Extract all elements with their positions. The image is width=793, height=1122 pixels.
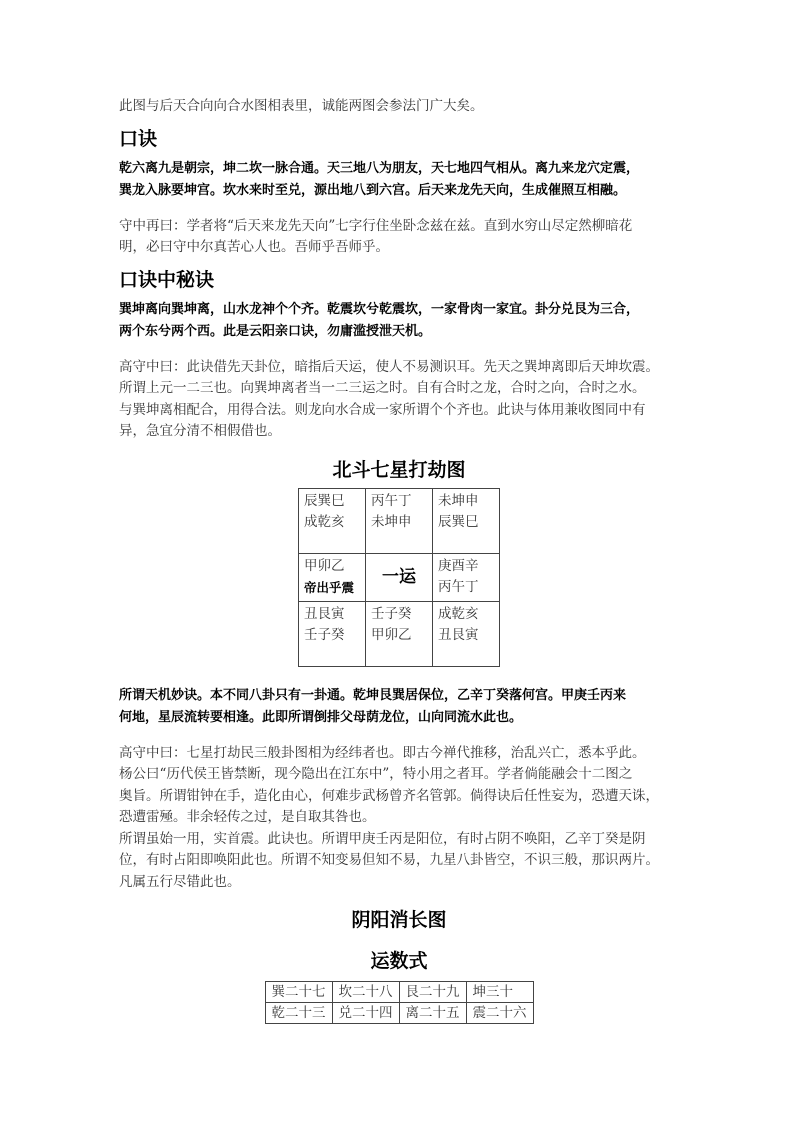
yunshu-cell: 坎二十八 [332,982,399,1003]
yunshu-title: 运数式 [119,946,679,973]
cell-mid-left: 甲卯乙帝出乎震 [299,553,366,601]
cell-top-right: 未坤申辰巽巳 [433,488,500,553]
yunshu-table: 巽二十七 坎二十八 艮二十九 坤三十 乾二十三 兑二十四 离二十五 震二十六 [265,981,534,1024]
document-page: 此图与后天合向向合水图相表里，诚能两图会参法门广大矣。 口诀 乾六离九是朝宗，坤… [119,96,679,1024]
cell-top-left: 辰巽巳成乾亥 [299,488,366,553]
section-title-secret: 口诀中秘诀 [119,267,679,293]
koujue-verse: 乾六离九是朝宗，坤二坎一脉合通。天三地八为朋友，天七地四气相从。离九来龙穴定震，… [119,158,679,202]
tianji-verse: 所谓天机妙诀。本不同八卦只有一卦通。乾坤艮巽居保位，乙辛丁癸落何宫。甲庚壬丙来何… [119,685,679,729]
cell-bottom-right: 成乾亥丑艮寅 [433,601,500,666]
yunshu-cell: 离二十五 [399,1003,466,1024]
cell-bottom-center: 壬子癸甲卯乙 [366,601,433,666]
section-title-koujue: 口诀 [119,126,679,152]
koujue-note: 守中再曰：学者将“后天来龙先天向”七字行住坐卧念兹在兹。直到水穷山尽定然柳暗花明… [119,216,679,259]
tianji-note: 高守中曰：七星打劫民三般卦图相为经纬者也。即古今禅代推移，治乱兴亡，悉本乎此。杨… [119,743,679,894]
yunshu-cell: 坤三十 [466,982,533,1003]
yunshu-cell: 巽二十七 [265,982,332,1003]
yunshu-row: 巽二十七 坎二十八 艮二十九 坤三十 [265,982,533,1003]
yunshu-cell: 兑二十四 [332,1003,399,1024]
yunshu-row: 乾二十三 兑二十四 离二十五 震二十六 [265,1003,533,1024]
secret-verse: 巽坤离向巽坤离，山水龙神个个齐。乾震坎兮乾震坎，一家骨肉一家宜。卦分兑艮为三合，… [119,299,679,343]
dipper-chart-title: 北斗七星打劫图 [119,455,679,482]
yinyang-title: 阴阳消长图 [119,905,679,932]
cell-mid-right: 庚酉辛丙午丁 [433,553,500,601]
cell-bottom-left: 丑艮寅壬子癸 [299,601,366,666]
cell-top-center: 丙午丁未坤申 [366,488,433,553]
intro-paragraph: 此图与后天合向向合水图相表里，诚能两图会参法门广大矣。 [119,96,679,118]
yunshu-cell: 震二十六 [466,1003,533,1024]
secret-note: 高守中曰：此诀借先天卦位，暗指后天运，使人不易测识耳。先天之巽坤离即后天坤坎震。… [119,357,679,443]
yunshu-cell: 艮二十九 [399,982,466,1003]
dipper-chart-table: 辰巽巳成乾亥 丙午丁未坤申 未坤申辰巽巳 甲卯乙帝出乎震 一运 庚酉辛丙午丁 丑… [298,488,500,667]
yunshu-cell: 乾二十三 [265,1003,332,1024]
cell-center: 一运 [366,553,433,601]
